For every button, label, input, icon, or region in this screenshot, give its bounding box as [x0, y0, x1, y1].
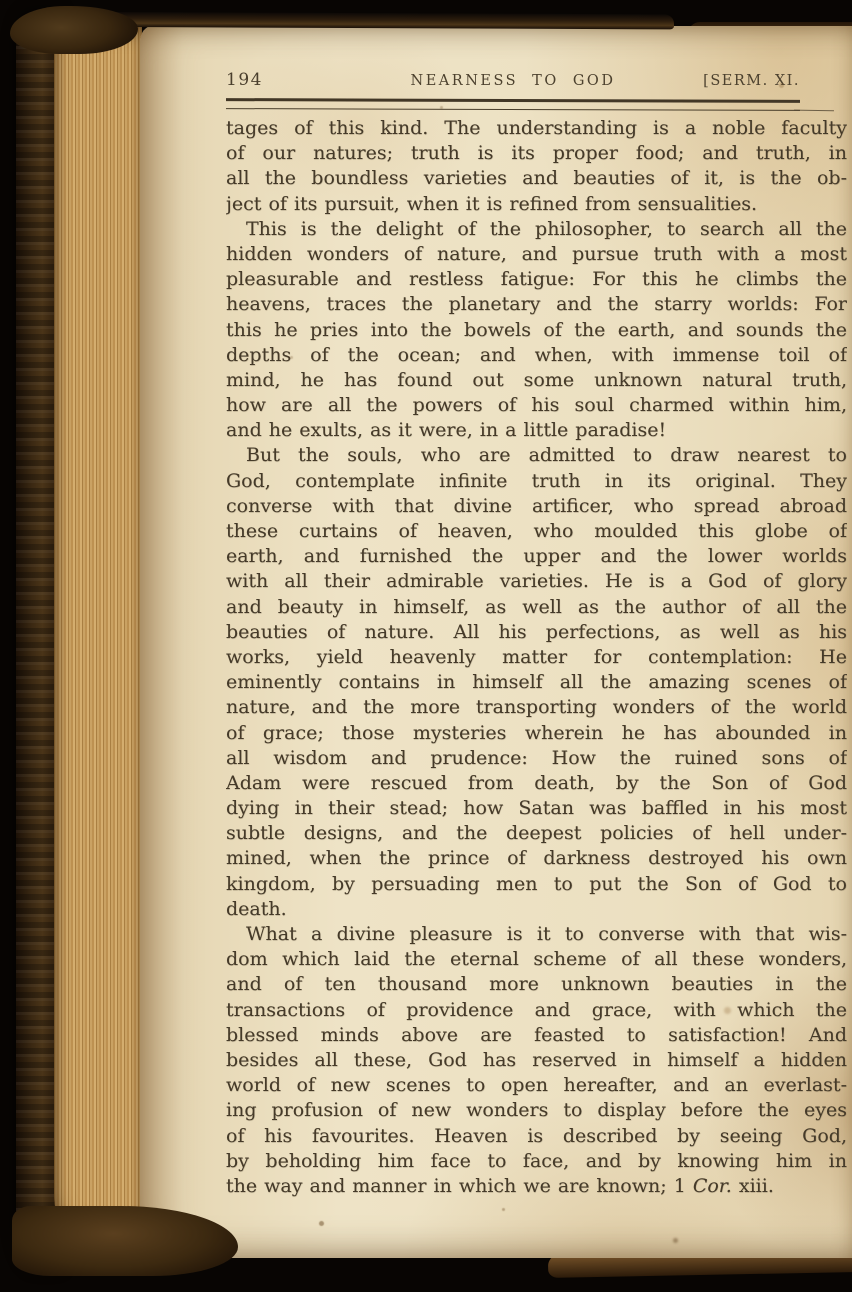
text-line: and beauty in himself, as well as the au… [226, 595, 847, 620]
text-segment: the way and manner in which we are known… [226, 1175, 693, 1197]
text-line: all the boundless varieties and beauties… [226, 166, 847, 191]
text-line: and he exults, as it were, in a little p… [226, 418, 847, 443]
text-line: tages of this kind. The understanding is… [226, 116, 847, 141]
citation-italic: Cor. [693, 1175, 732, 1197]
text-segment: depths of the ocean; and when, with imme… [226, 344, 847, 366]
text-line: blessed minds above are feasted to satis… [226, 1023, 847, 1048]
header-rule [226, 98, 800, 111]
text-segment: how are all the powers of his soul charm… [226, 394, 847, 416]
text-segment: and beauty in himself, as well as the au… [226, 596, 847, 618]
text-line: eminently contains in himself all the am… [226, 670, 847, 695]
text-block: tages of this kind. The understanding is… [226, 116, 847, 1199]
text-segment: this he pries into the bowels of the ear… [226, 319, 847, 341]
text-segment: death. [226, 898, 287, 920]
text-line: God, contemplate infinite truth in its o… [226, 469, 847, 494]
text-line: of our natures; truth is its proper food… [226, 141, 847, 166]
text-segment: xiii. [732, 1175, 774, 1197]
text-line: depths of the ocean; and when, with imme… [226, 343, 847, 368]
text-segment: blessed minds above are feasted to satis… [226, 1024, 847, 1046]
text-segment: by beholding him face to face, and by kn… [226, 1150, 847, 1172]
text-segment: But the souls, who are admitted to draw … [246, 444, 847, 466]
text-line: death. [226, 897, 847, 922]
text-line: dom which laid the eternal scheme of all… [226, 947, 847, 972]
text-line: earth, and furnished the upper and the l… [226, 544, 847, 569]
text-segment: transactions of providence and grace, wi… [226, 999, 847, 1021]
text-line: nature, and the more transporting wonder… [226, 695, 847, 720]
text-line: transactions of providence and grace, wi… [226, 998, 847, 1023]
text-line: Adam were rescued from death, by the Son… [226, 771, 847, 796]
text-segment: What a divine pleasure is it to converse… [246, 923, 847, 945]
text-line: all wisdom and prudence: How the ruined … [226, 746, 847, 771]
text-line: kingdom, by persuading men to put the So… [226, 872, 847, 897]
text-segment: ject of its pursuit, when it is refined … [226, 193, 757, 215]
text-line: the way and manner in which we are known… [226, 1174, 847, 1199]
text-segment: converse with that divine artificer, who… [226, 495, 847, 517]
text-line: ject of its pursuit, when it is refined … [226, 192, 847, 217]
text-segment: all the boundless varieties and beauties… [226, 167, 847, 189]
text-segment: ing profusion of new wonders to display … [226, 1099, 847, 1121]
text-segment: all wisdom and prudence: How the ruined … [226, 747, 847, 769]
text-line: What a divine pleasure is it to converse… [226, 922, 847, 947]
text-line: mined, when the prince of darkness destr… [226, 846, 847, 871]
text-segment: these curtains of heaven, who moulded th… [226, 520, 847, 542]
text-line: pleasurable and restless fatigue: For th… [226, 267, 847, 292]
text-segment: of his favourites. Heaven is described b… [226, 1125, 847, 1147]
book-cover-corner-top-left [10, 6, 138, 54]
text-segment: heavens, traces the planetary and the st… [226, 293, 847, 315]
text-segment: eminently contains in himself all the am… [226, 671, 847, 693]
text-segment: nature, and the more transporting wonder… [226, 696, 847, 718]
text-segment: mined, when the prince of darkness destr… [226, 847, 847, 869]
text-line: besides all these, God has reserved in h… [226, 1048, 847, 1073]
text-line: by beholding him face to face, and by kn… [226, 1149, 847, 1174]
text-line: subtle designs, and the deepest policies… [226, 821, 847, 846]
text-line: how are all the powers of his soul charm… [226, 393, 847, 418]
scan-background: { "page": { "number": "194", "running_ti… [0, 0, 852, 1292]
text-line: heavens, traces the planetary and the st… [226, 292, 847, 317]
text-line: and of ten thousand more unknown beautie… [226, 972, 847, 997]
text-line: world of new scenes to open hereafter, a… [226, 1073, 847, 1098]
text-segment: God, contemplate infinite truth in its o… [226, 470, 847, 492]
text-segment: dying in their stead; how Satan was baff… [226, 797, 847, 819]
text-line: hidden wonders of nature, and pursue tru… [226, 242, 847, 267]
text-line: with all their admirable varieties. He i… [226, 569, 847, 594]
text-segment: and of ten thousand more unknown beautie… [226, 973, 847, 995]
text-segment: pleasurable and restless fatigue: For th… [226, 268, 847, 290]
text-line: of his favourites. Heaven is described b… [226, 1124, 847, 1149]
text-line: converse with that divine artificer, who… [226, 494, 847, 519]
text-segment: and he exults, as it were, in a little p… [226, 419, 666, 441]
section-label: [SERM. XI. [226, 73, 800, 89]
text-segment: tages of this kind. The understanding is… [226, 117, 847, 139]
book-page: 194 NEARNESS TO GOD [SERM. XI. tages of … [140, 26, 852, 1258]
text-segment: of grace; those mysteries wherein he has… [226, 722, 847, 744]
page-edge-stack [54, 26, 142, 1252]
text-segment: hidden wonders of nature, and pursue tru… [226, 243, 847, 265]
text-line: of grace; those mysteries wherein he has… [226, 721, 847, 746]
text-segment: kingdom, by persuading men to put the So… [226, 873, 847, 895]
text-segment: with all their admirable varieties. He i… [226, 570, 847, 592]
text-line: This is the delight of the philosopher, … [226, 217, 847, 242]
text-segment: beauties of nature. All his perfections,… [226, 621, 847, 643]
text-segment: mind, he has found out some unknown natu… [226, 369, 847, 391]
text-segment: works, yield heavenly matter for contemp… [226, 646, 847, 668]
text-line: But the souls, who are admitted to draw … [226, 443, 847, 468]
text-line: mind, he has found out some unknown natu… [226, 368, 847, 393]
text-segment: world of new scenes to open hereafter, a… [226, 1074, 847, 1096]
text-segment: dom which laid the eternal scheme of all… [226, 948, 847, 970]
text-segment: Adam were rescued from death, by the Son… [226, 772, 847, 794]
text-segment: earth, and furnished the upper and the l… [226, 545, 847, 567]
text-line: these curtains of heaven, who moulded th… [226, 519, 847, 544]
text-segment: subtle designs, and the deepest policies… [226, 822, 847, 844]
text-line: dying in their stead; how Satan was baff… [226, 796, 847, 821]
text-line: this he pries into the bowels of the ear… [226, 318, 847, 343]
text-segment: besides all these, God has reserved in h… [226, 1049, 847, 1071]
text-segment: This is the delight of the philosopher, … [246, 218, 847, 240]
text-line: beauties of nature. All his perfections,… [226, 620, 847, 645]
text-line: ing profusion of new wonders to display … [226, 1098, 847, 1123]
text-segment: of our natures; truth is its proper food… [226, 142, 847, 164]
text-line: works, yield heavenly matter for contemp… [226, 645, 847, 670]
